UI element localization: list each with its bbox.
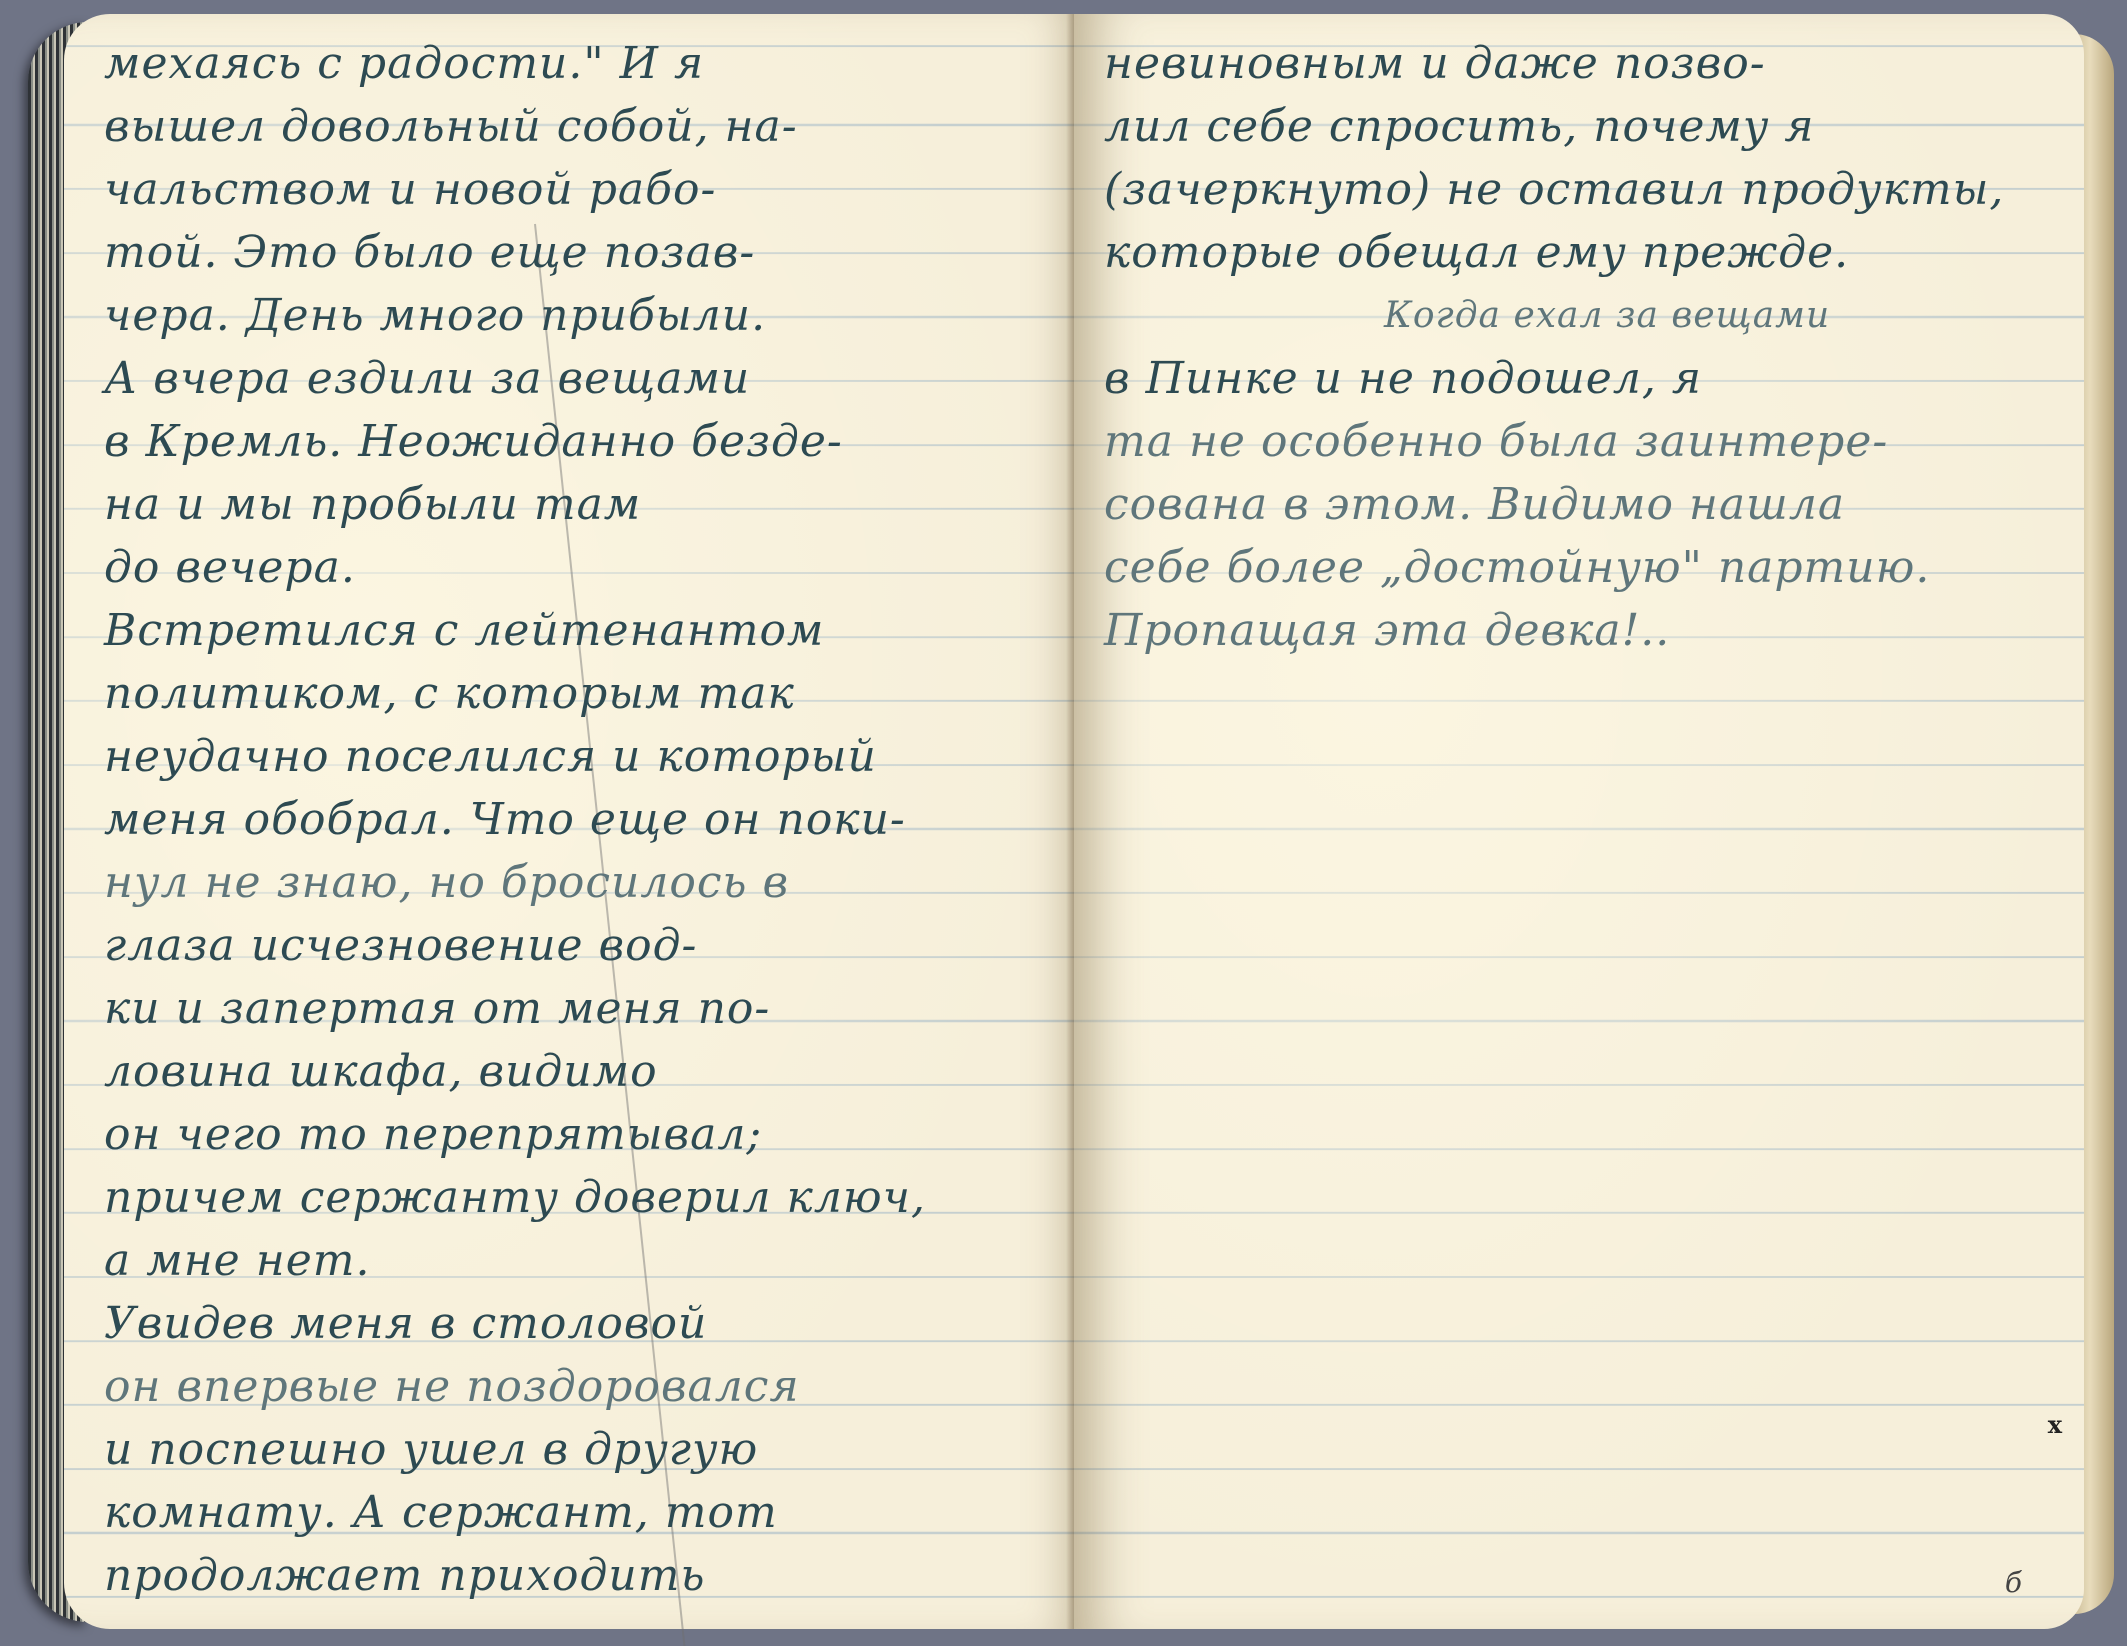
text-line: он чего то перепрятывал;: [104, 1103, 1044, 1166]
text-line: сована в этом. Видимо нашла: [1104, 473, 2054, 536]
text-line: нул не знаю, но бросилось в: [104, 851, 1044, 914]
text-line: Увидев меня в столовой: [104, 1292, 1044, 1355]
text-line: ки и запертая от меня по-: [104, 977, 1044, 1040]
text-line: которые обещал ему прежде.: [1104, 221, 2054, 284]
left-page-text: мехаясь с радости." И я вышел довольный …: [64, 32, 1074, 1607]
text-line: комнату. А сержант, тот: [104, 1481, 1044, 1544]
left-page: мехаясь с радости." И я вышел довольный …: [64, 14, 1074, 1629]
text-line: ловина шкафа, видимо: [104, 1040, 1044, 1103]
text-line-insertion: Когда ехал за вещами: [1104, 284, 2054, 347]
text-line: политиком, с которым так: [104, 662, 1044, 725]
text-line: на и мы пробыли там: [104, 473, 1044, 536]
notebook-spread: мехаясь с радости." И я вышел довольный …: [8, 4, 2120, 1640]
text-line: Пропащая эта девка!..: [1104, 599, 2054, 662]
text-line: чера. День много прибыли.: [104, 284, 1044, 347]
text-line: глаза исчезновение вод-: [104, 914, 1044, 977]
text-line-with-strikethrough: (зачеркнуто) не оставил продукты,: [1104, 158, 2054, 221]
text-line: себе более „достойную" партию.: [1104, 536, 2054, 599]
text-line: невиновным и даже позво-: [1104, 32, 2054, 95]
text-line: вышел довольный собой, на-: [104, 95, 1044, 158]
text-line: до вечера.: [104, 536, 1044, 599]
text-line: в Пинке и не подошел, я: [1104, 347, 2054, 410]
right-page-text: невиновным и даже позво- лил себе спроси…: [1074, 32, 2084, 662]
page-corner-mark: б: [2005, 1566, 2022, 1599]
text-line: та не особенно была заинтере-: [1104, 410, 2054, 473]
text-line: неудачно поселился и который: [104, 725, 1044, 788]
text-line: а мне нет.: [104, 1229, 1044, 1292]
text-line: той. Это было еще позав-: [104, 221, 1044, 284]
right-page: невиновным и даже позво- лил себе спроси…: [1074, 14, 2084, 1629]
text-line: он впервые не поздоровался: [104, 1355, 1044, 1418]
text-line: продолжает приходить: [104, 1544, 1044, 1607]
text-line: и поспешно ушел в другую: [104, 1418, 1044, 1481]
text-line: чальством и новой рабо-: [104, 158, 1044, 221]
text-line: в Кремль. Неожиданно безде-: [104, 410, 1044, 473]
text-line: Встретился с лейтенантом: [104, 599, 1044, 662]
text-line: меня обобрал. Что еще он поки-: [104, 788, 1044, 851]
margin-x-mark: x: [2048, 1410, 2062, 1439]
text-line: мехаясь с радости." И я: [104, 32, 1044, 95]
text-line: причем сержанту доверил ключ,: [104, 1166, 1044, 1229]
text-line: лил себе спросить, почему я: [1104, 95, 2054, 158]
text-line: А вчера ездили за вещами: [104, 347, 1044, 410]
